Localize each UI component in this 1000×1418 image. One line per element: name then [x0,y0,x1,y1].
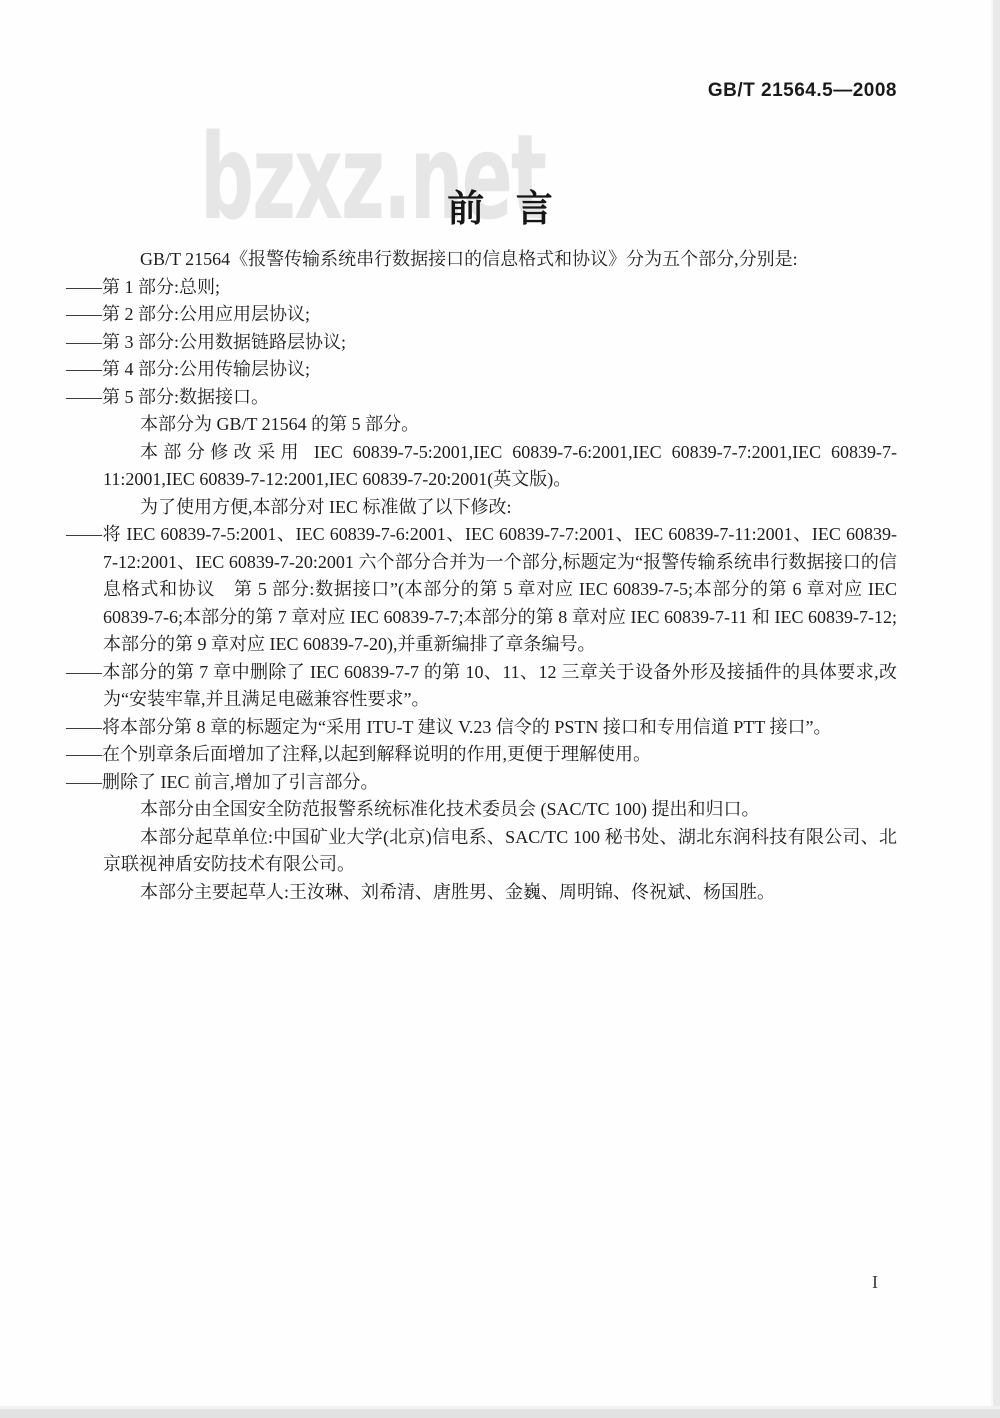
foreword-paragraph: 本部分修改采用 IEC 60839-7-5:2001,IEC 60839-7-6… [103,439,897,494]
foreword-list-item: ——第 3 部分:公用数据链路层协议; [103,329,897,357]
foreword-paragraph: 本部分为 GB/T 21564 的第 5 部分。 [103,411,897,439]
page-title: 前言 [0,178,1000,232]
foreword-paragraph: 本部分由全国安全防范报警系统标准化技术委员会 (SAC/TC 100) 提出和归… [103,796,897,824]
foreword-list-item: ——将 IEC 60839-7-5:2001、IEC 60839-7-6:200… [103,521,897,659]
foreword-paragraph: 本部分起草单位:中国矿业大学(北京)信电系、SAC/TC 100 秘书处、湖北东… [103,824,897,879]
foreword-paragraph: 本部分主要起草人:王汝琳、刘希清、唐胜男、金巍、周明锦、佟祝斌、杨国胜。 [103,879,897,907]
foreword-list-item: ——删除了 IEC 前言,增加了引言部分。 [103,769,897,797]
standard-number: GB/T 21564.5—2008 [708,80,897,102]
document-page: bzxz.net GB/T 21564.5—2008 前言 GB/T 21564… [0,0,1000,1418]
foreword-list-item: ——第 5 部分:数据接口。 [103,384,897,412]
foreword-list-item: ——第 4 部分:公用传输层协议; [103,356,897,384]
foreword-list-item: ——本部分的第 7 章中删除了 IEC 60839-7-7 的第 10、11、1… [103,659,897,714]
foreword-list-item: ——第 2 部分:公用应用层协议; [103,301,897,329]
foreword-list-item: ——在个别章条后面增加了注释,以起到解释说明的作用,更便于理解使用。 [103,741,897,769]
scan-edge-bottom [0,1406,1000,1418]
foreword-paragraph: 为了使用方便,本部分对 IEC 标准做了以下修改: [103,494,897,522]
foreword-list-item: ——将本部分第 8 章的标题定为“采用 ITU-T 建议 V.23 信令的 PS… [103,714,897,742]
foreword-list-item: ——第 1 部分:总则; [103,274,897,302]
page-number: I [872,1272,878,1293]
foreword-body: GB/T 21564《报警传输系统串行数据接口的信息格式和协议》分为五个部分,分… [103,246,897,906]
foreword-paragraph: GB/T 21564《报警传输系统串行数据接口的信息格式和协议》分为五个部分,分… [103,246,897,274]
